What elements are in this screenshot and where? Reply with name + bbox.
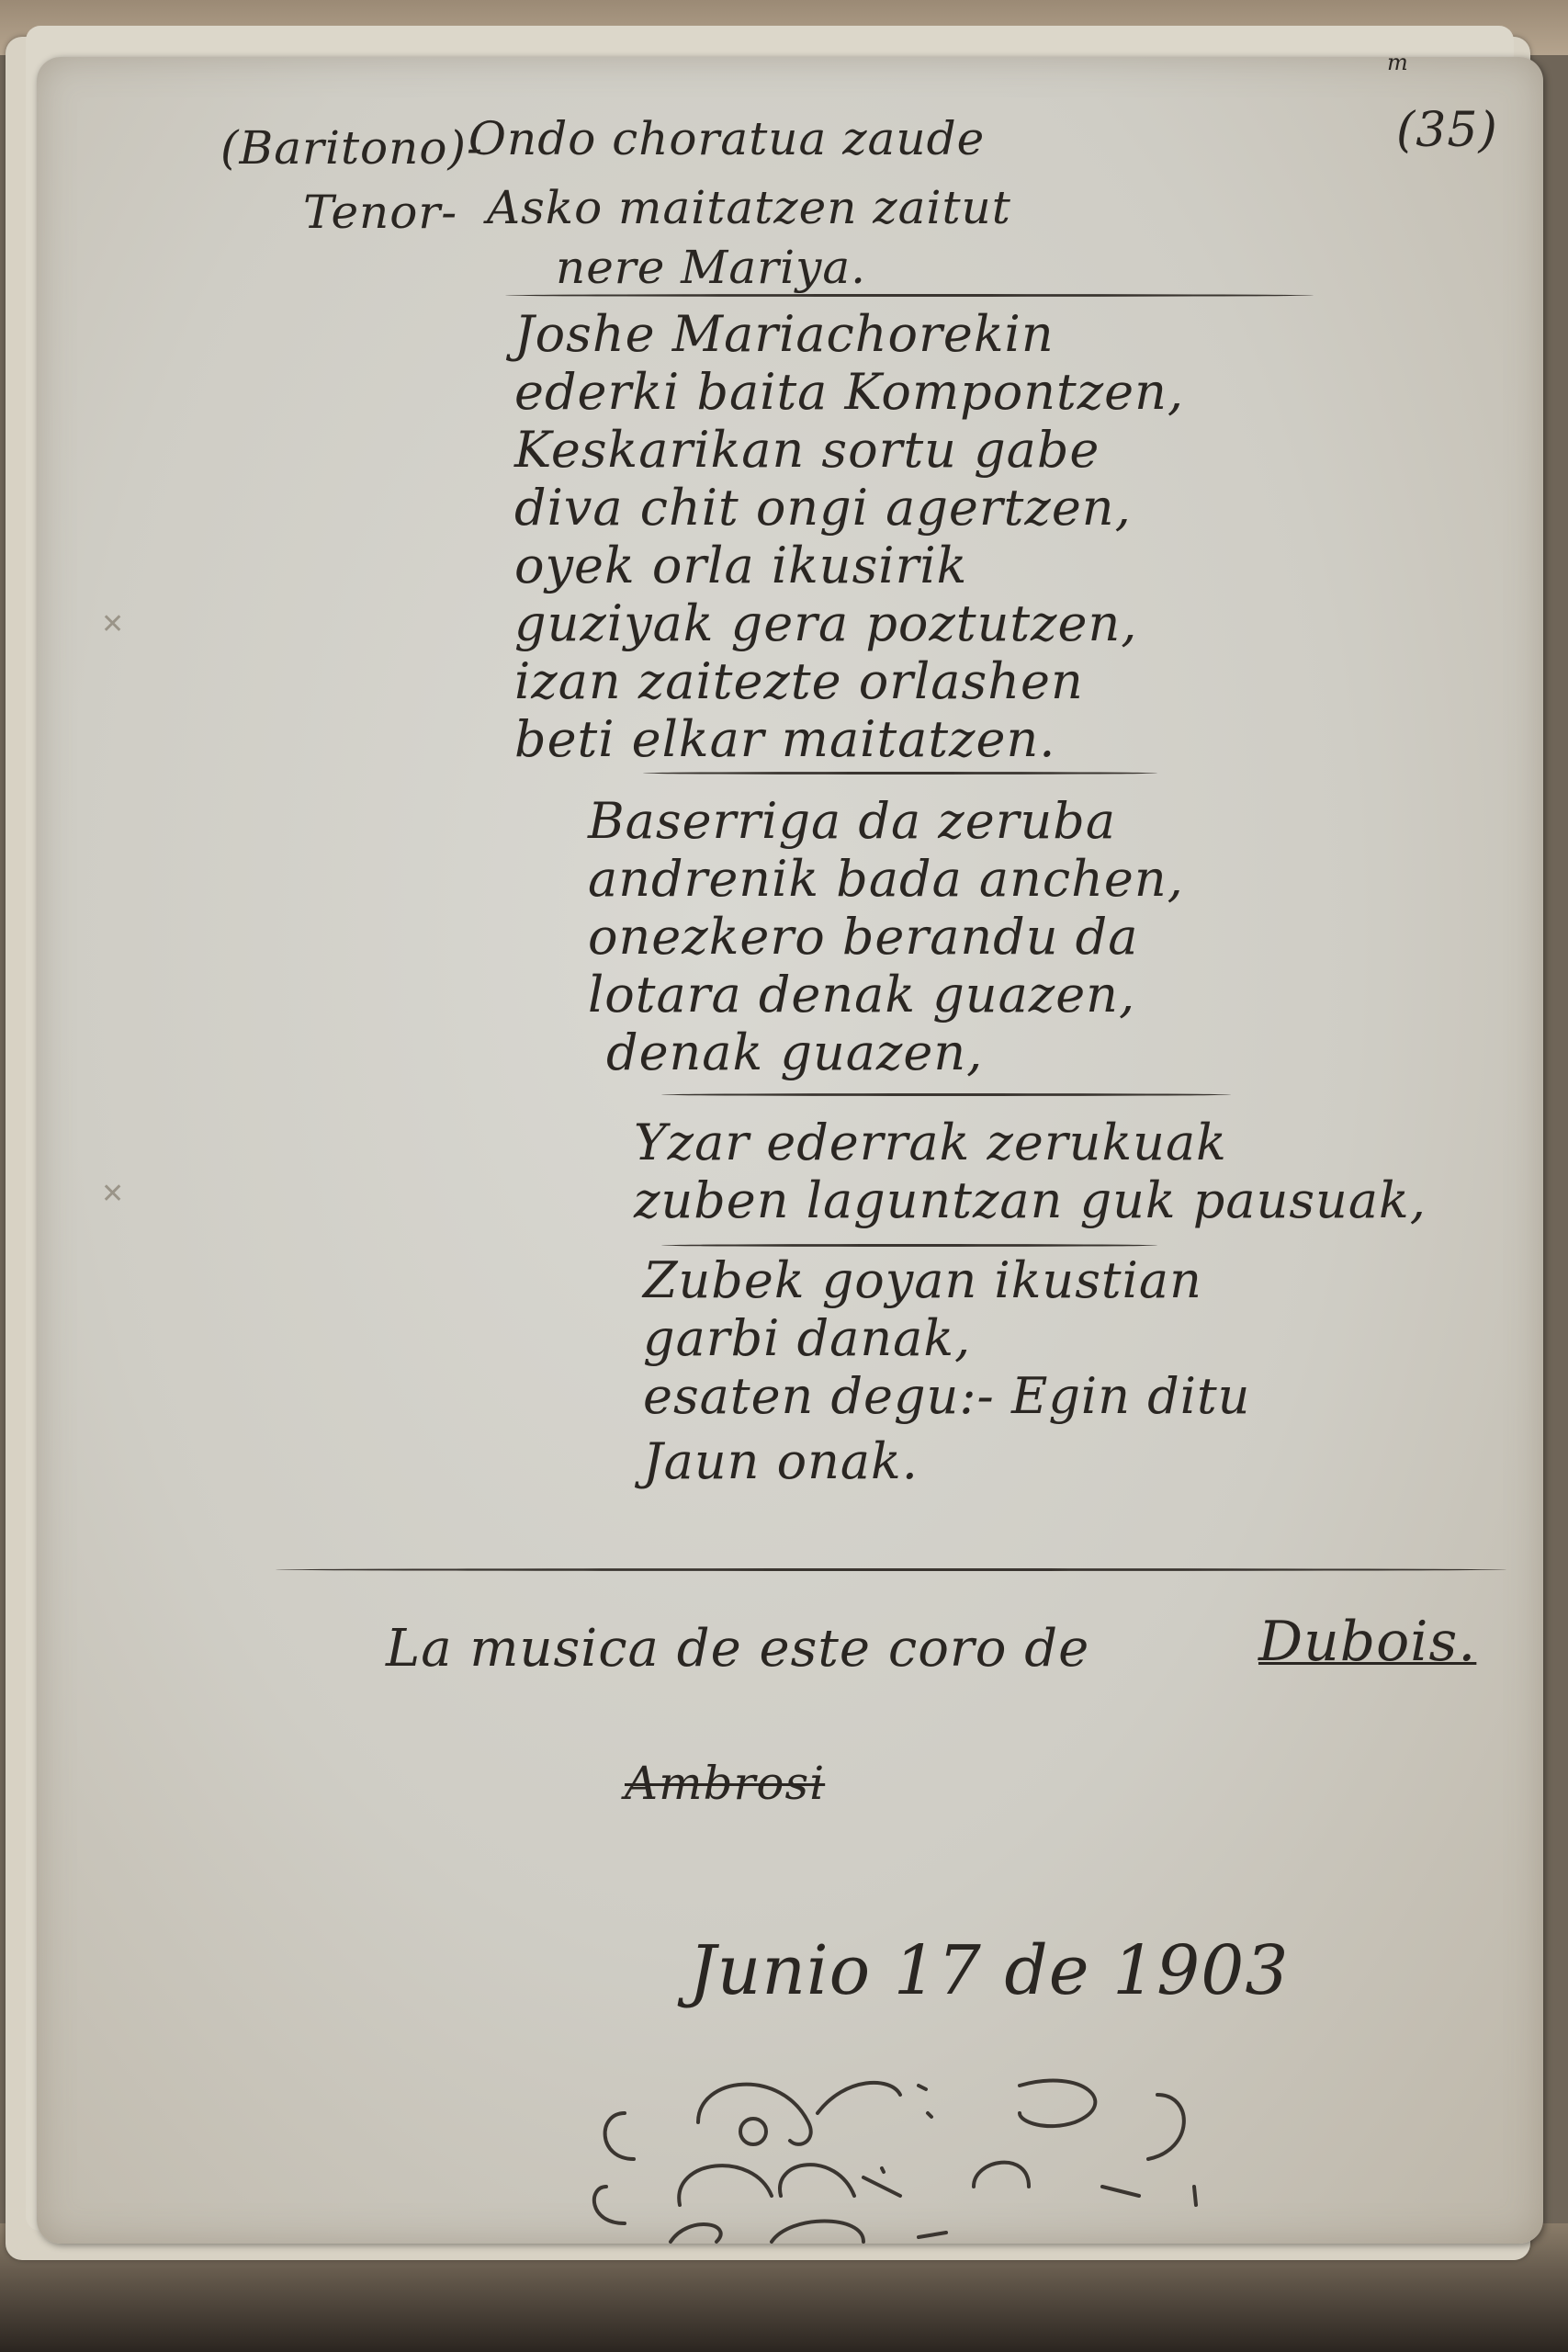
- stanza-line: Zubek goyan ikustian: [643, 1251, 1250, 1309]
- stanza-line: garbi danak,: [643, 1309, 1250, 1367]
- header-line-1: Ondo choratua zaude: [468, 112, 985, 165]
- signature-flourish-icon: [588, 2058, 1470, 2251]
- divider-5: [276, 1568, 1506, 1571]
- manuscript-page: m (35) (Baritono)- Ondo choratua zaude T…: [37, 57, 1543, 2244]
- stanza-line: Joshe Mariachorekin: [514, 305, 1184, 363]
- stanza-line: oyek orla ikusirik: [514, 537, 1184, 594]
- composer-name: Dubois.: [1258, 1610, 1476, 1674]
- crease-mark: ✕: [101, 608, 129, 636]
- stanza-1: Joshe Mariachorekin ederki baita Kompont…: [514, 305, 1184, 768]
- stanza-line: esaten degu:- Egin ditu: [643, 1367, 1250, 1425]
- stanza-line: izan zaitezte orlashen: [514, 652, 1184, 710]
- stanza-line: Jaun onak.: [643, 1425, 1250, 1490]
- stanza-line: ederki baita Kompontzen,: [514, 363, 1184, 421]
- stanza-line: andrenik bada anchen,: [588, 850, 1184, 908]
- date: Junio 17 de 1903: [689, 1931, 1289, 2010]
- stanza-line: guziyak gera poztutzen,: [514, 594, 1184, 652]
- divider-2: [643, 772, 1157, 775]
- stanza-line: zuben laguntzan guk pausuak,: [634, 1171, 1427, 1229]
- corner-mark: m: [1387, 50, 1409, 75]
- header-line-2: Asko maitatzen zaitut: [487, 181, 1011, 234]
- stanza-line: Yzar ederrak zerukuak: [634, 1114, 1427, 1171]
- struck-name: Ambrosi: [625, 1757, 825, 1810]
- stanza-4: Zubek goyan ikustian garbi danak, esaten…: [643, 1251, 1250, 1490]
- divider-3: [661, 1093, 1231, 1096]
- stanza-3: Yzar ederrak zerukuak zuben laguntzan gu…: [634, 1114, 1427, 1229]
- crease-mark: ✕: [101, 1178, 129, 1205]
- divider-4: [661, 1244, 1157, 1247]
- page-number: (35): [1396, 103, 1498, 158]
- stanza-line: beti elkar maitatzen.: [514, 710, 1184, 768]
- header-role-tenor: Tenor-: [303, 186, 457, 239]
- stanza-line: lotara denak guazen,: [588, 966, 1184, 1023]
- header-line-3: nere Mariya.: [556, 241, 866, 294]
- music-credit-prefix: La musica de este coro de: [386, 1619, 1089, 1679]
- stanza-line: diva chit ongi agertzen,: [514, 479, 1184, 537]
- stanza-line: Keskarikan sortu gabe: [514, 421, 1184, 479]
- stanza-line: denak guazen,: [588, 1023, 1184, 1081]
- stanza-2: Baserriga da zeruba andrenik bada anchen…: [588, 792, 1184, 1081]
- stanza-line: onezkero berandu da: [588, 908, 1184, 966]
- stanza-line: Baserriga da zeruba: [588, 792, 1184, 850]
- header-role-baritono: (Baritono)-: [220, 121, 483, 175]
- divider-1: [505, 294, 1314, 297]
